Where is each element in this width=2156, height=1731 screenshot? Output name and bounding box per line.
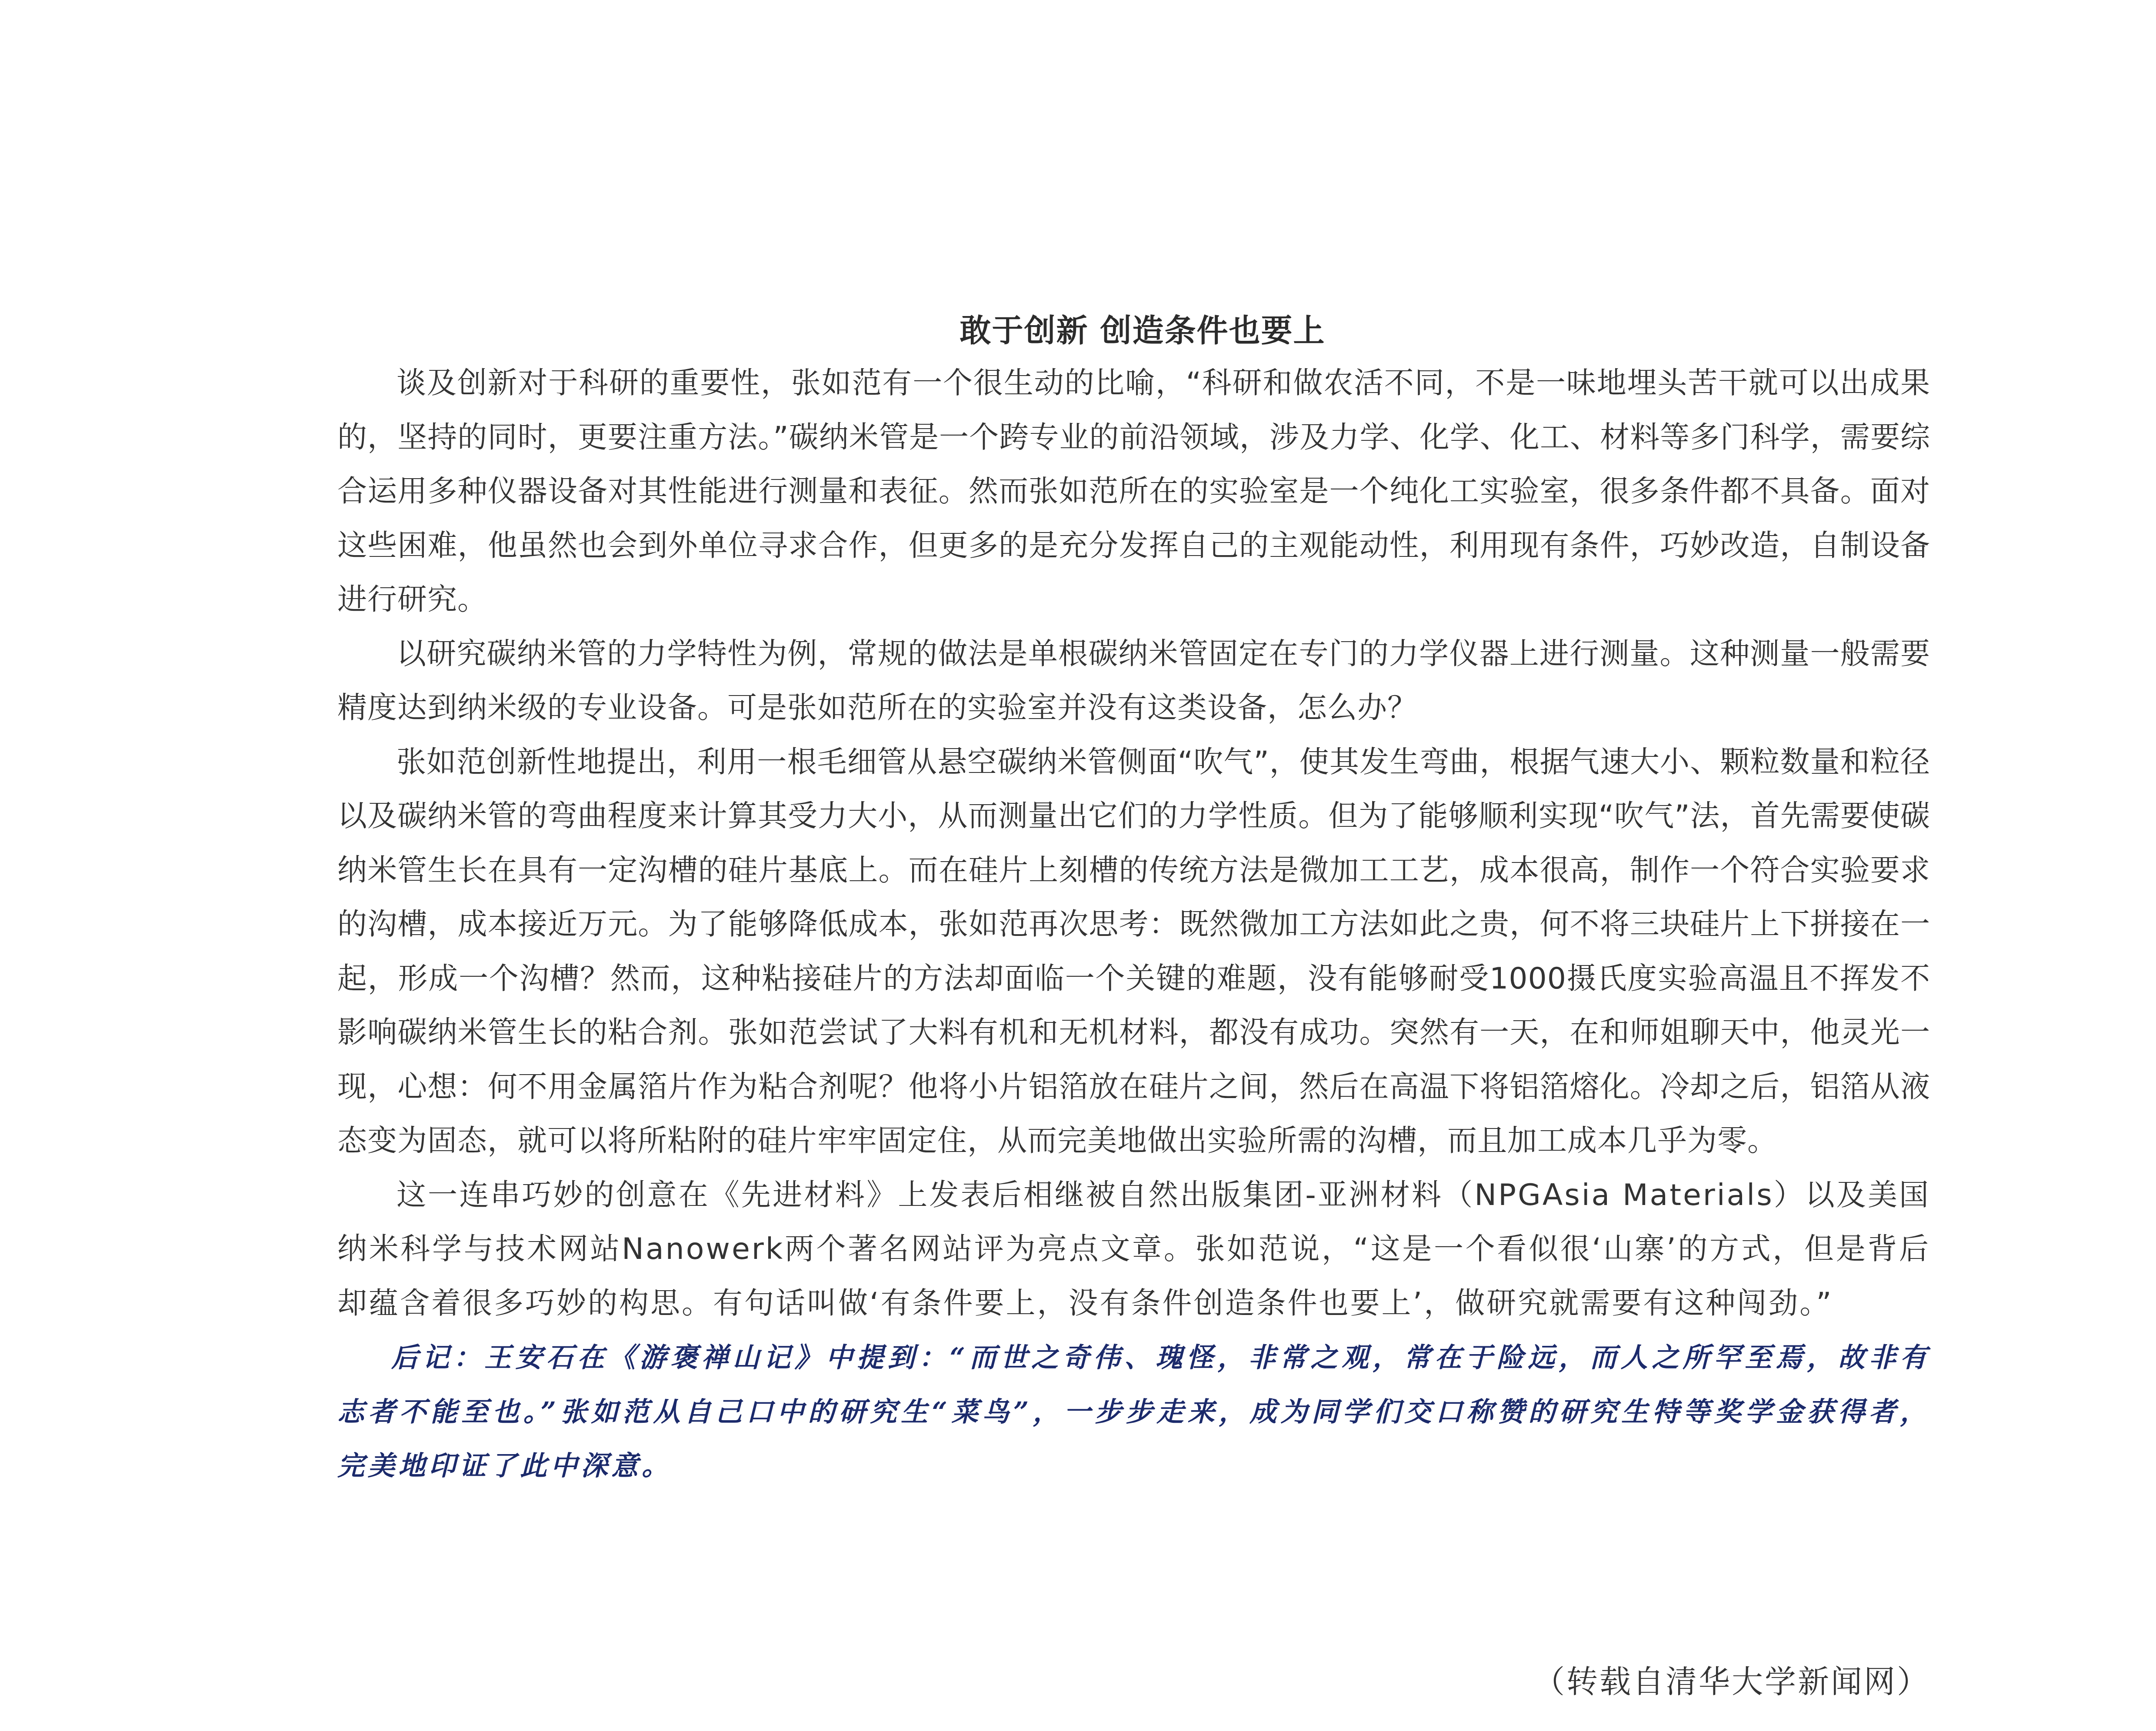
paragraph-mechanics-example: 以研究碳纳米管的力学特性为例，常规的做法是单根碳纳米管固定在专门的力学仪器上进行… [337, 627, 1930, 736]
paragraph-publication: 这一连串巧妙的创意在《先进材料》上发表后相继被自然出版集团-亚洲材料（NPGAs… [337, 1168, 1930, 1331]
paragraph-innovation: 谈及创新对于科研的重要性，张如范有一个很生动的比喻，“科研和做农活不同，不是一味… [337, 356, 1930, 627]
postscript: 后记：王安石在《游褒禅山记》中提到：“而世之奇伟、瑰怪，非常之观，常在于险远，而… [337, 1331, 1930, 1493]
article: 敢于创新 创造条件也要上 谈及创新对于科研的重要性，张如范有一个很生动的比喻，“… [337, 304, 1930, 1493]
source-credit: （转载自清华大学新闻网） [1533, 1656, 1930, 1701]
paragraph-blowing-method: 张如范创新性地提出，利用一根毛细管从悬空碳纳米管侧面“吹气”，使其发生弯曲，根据… [337, 736, 1930, 1168]
article-title: 敢于创新 创造条件也要上 [337, 304, 1930, 356]
